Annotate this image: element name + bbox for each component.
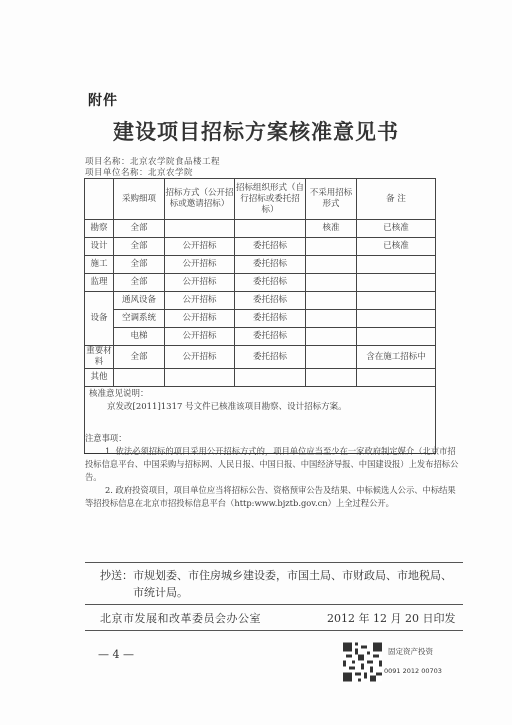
header-cell-category: [85, 179, 114, 220]
cell-method: [165, 220, 235, 238]
qr-label: 固定资产投资: [388, 646, 433, 657]
cell-organization: 委托招标: [235, 310, 306, 328]
project-unit-line: 项目单位名称：北京农学院: [85, 166, 193, 178]
opinion-label: 核准意见说明：: [89, 389, 431, 400]
cell-organization: 委托招标: [235, 346, 306, 369]
cc-section: 抄送：市规划委、市住房城乡建设委，市国土局、市财政局、市地税局、 市统计局。: [100, 567, 460, 601]
qr-code-icon: [343, 642, 382, 682]
cell-item: 全部: [114, 238, 165, 256]
cell-method: [165, 369, 235, 387]
cell-item: [114, 369, 165, 387]
attachment-label: 附件: [88, 90, 118, 110]
cell-organization: [235, 220, 306, 238]
cell-category: 施工: [85, 256, 114, 274]
notes-section: 注意事项： 1. 依法必须招标的项目采用公开招标方式的，项目单位应当至少在一家政…: [85, 432, 461, 510]
cell-item: 电梯: [114, 328, 165, 346]
cell-item: 通风设备: [114, 292, 165, 310]
cell-item: 空调系统: [114, 310, 165, 328]
cell-remark: 已核准: [357, 220, 436, 238]
cell-remark: [357, 292, 436, 310]
header-cell-remark: 备 注: [357, 179, 436, 220]
issued-date: 2012 年 12 月 20 日印发: [327, 610, 455, 626]
header-cell-organization: 招标组织形式（自行招标或委托招标）: [235, 179, 306, 220]
divider: [85, 630, 463, 631]
cell-item: 全部: [114, 346, 165, 369]
header-cell-no-tender: 不采用招标形式: [306, 179, 357, 220]
cc-recipients-line1: 市规划委、市住房城乡建设委，市国土局、市财政局、市地税局、: [133, 569, 452, 582]
cell-organization: 委托招标: [235, 292, 306, 310]
notes-heading: 注意事项：: [85, 432, 461, 445]
cell-organization: [235, 369, 306, 387]
opinion-text: 京发改[2011]1317 号文件已核准该项目勘察、设计招标方案。: [107, 402, 431, 413]
header-cell-method: 招标方式（公开招标或邀请招标）: [165, 179, 235, 220]
table-row: 施工 全部 公开招标 委托招标: [85, 256, 462, 274]
cell-category: 设备: [85, 292, 114, 346]
cell-category: 其他: [85, 369, 114, 387]
cell-remark: [357, 369, 436, 387]
project-unit-value: 北京农学院: [148, 168, 193, 178]
cell-method: 公开招标: [165, 328, 235, 346]
cell-organization: 委托招标: [235, 256, 306, 274]
cell-category: 勘察: [85, 220, 114, 238]
cell-category: 监理: [85, 274, 114, 292]
cell-organization: 委托招标: [235, 328, 306, 346]
qr-code-number: 0091 2012 00703: [384, 667, 442, 675]
project-unit-label: 项目单位名称：: [85, 168, 148, 178]
cell-no-tender: 核准: [306, 220, 357, 238]
cell-category: 设计: [85, 238, 114, 256]
cell-no-tender: [306, 256, 357, 274]
table-row: 勘察 全部 核准 已核准: [85, 220, 462, 238]
cell-remark: [357, 328, 436, 346]
cell-no-tender: [306, 274, 357, 292]
cell-method: 公开招标: [165, 292, 235, 310]
cell-method: 公开招标: [165, 274, 235, 292]
divider: [85, 562, 463, 563]
cell-no-tender: [306, 238, 357, 256]
issuer: 北京市发展和改革委员会办公室: [100, 610, 261, 626]
table-row: 电梯 公开招标 委托招标: [85, 328, 462, 346]
note-item: 2. 政府投资项目，项目单位应当将招标公告、资格预审公告及结果、中标候选人公示、…: [85, 484, 461, 510]
cc-recipients-line2: 市统计局。: [100, 584, 460, 601]
cell-remark: 含在施工招标中: [357, 346, 436, 369]
table-row: 监理 全部 公开招标 委托招标: [85, 274, 462, 292]
header-cell-item: 采购细项: [114, 179, 165, 220]
cell-no-tender: [306, 369, 357, 387]
table-row: 重要材料 全部 公开招标 委托招标 含在施工招标中: [85, 346, 462, 369]
cell-remark: [357, 310, 436, 328]
cc-label: 抄送：: [100, 569, 133, 582]
cell-method: 公开招标: [165, 346, 235, 369]
cell-remark: 已核准: [357, 238, 436, 256]
document-title: 建设项目招标方案核准意见书: [0, 116, 512, 146]
cell-organization: 委托招标: [235, 238, 306, 256]
cell-no-tender: [306, 310, 357, 328]
cell-no-tender: [306, 328, 357, 346]
cell-no-tender: [306, 346, 357, 369]
tender-plan-table: 采购细项 招标方式（公开招标或邀请招标） 招标组织形式（自行招标或委托招标） 不…: [84, 178, 462, 454]
cell-item: 全部: [114, 256, 165, 274]
cell-method: 公开招标: [165, 238, 235, 256]
cell-method: 公开招标: [165, 256, 235, 274]
note-item: 1. 依法必须招标的项目采用公开招标方式的，项目单位应当至少在一家政府制定媒介（…: [85, 445, 461, 484]
cell-method: 公开招标: [165, 310, 235, 328]
cell-remark: [357, 274, 436, 292]
divider: [85, 604, 463, 605]
cell-category: 重要材料: [85, 346, 114, 369]
cell-item: 全部: [114, 220, 165, 238]
table-header-row: 采购细项 招标方式（公开招标或邀请招标） 招标组织形式（自行招标或委托招标） 不…: [85, 179, 462, 220]
table-row: 设备 通风设备 公开招标 委托招标: [85, 292, 462, 310]
table-row: 其他: [85, 369, 462, 387]
cell-organization: 委托招标: [235, 274, 306, 292]
cell-remark: [357, 256, 436, 274]
cell-item: 全部: [114, 274, 165, 292]
table-row: 空调系统 公开招标 委托招标: [85, 310, 462, 328]
table-row: 设计 全部 公开招标 委托招标 已核准: [85, 238, 462, 256]
cell-no-tender: [306, 292, 357, 310]
page-number: — 4 —: [98, 648, 134, 661]
